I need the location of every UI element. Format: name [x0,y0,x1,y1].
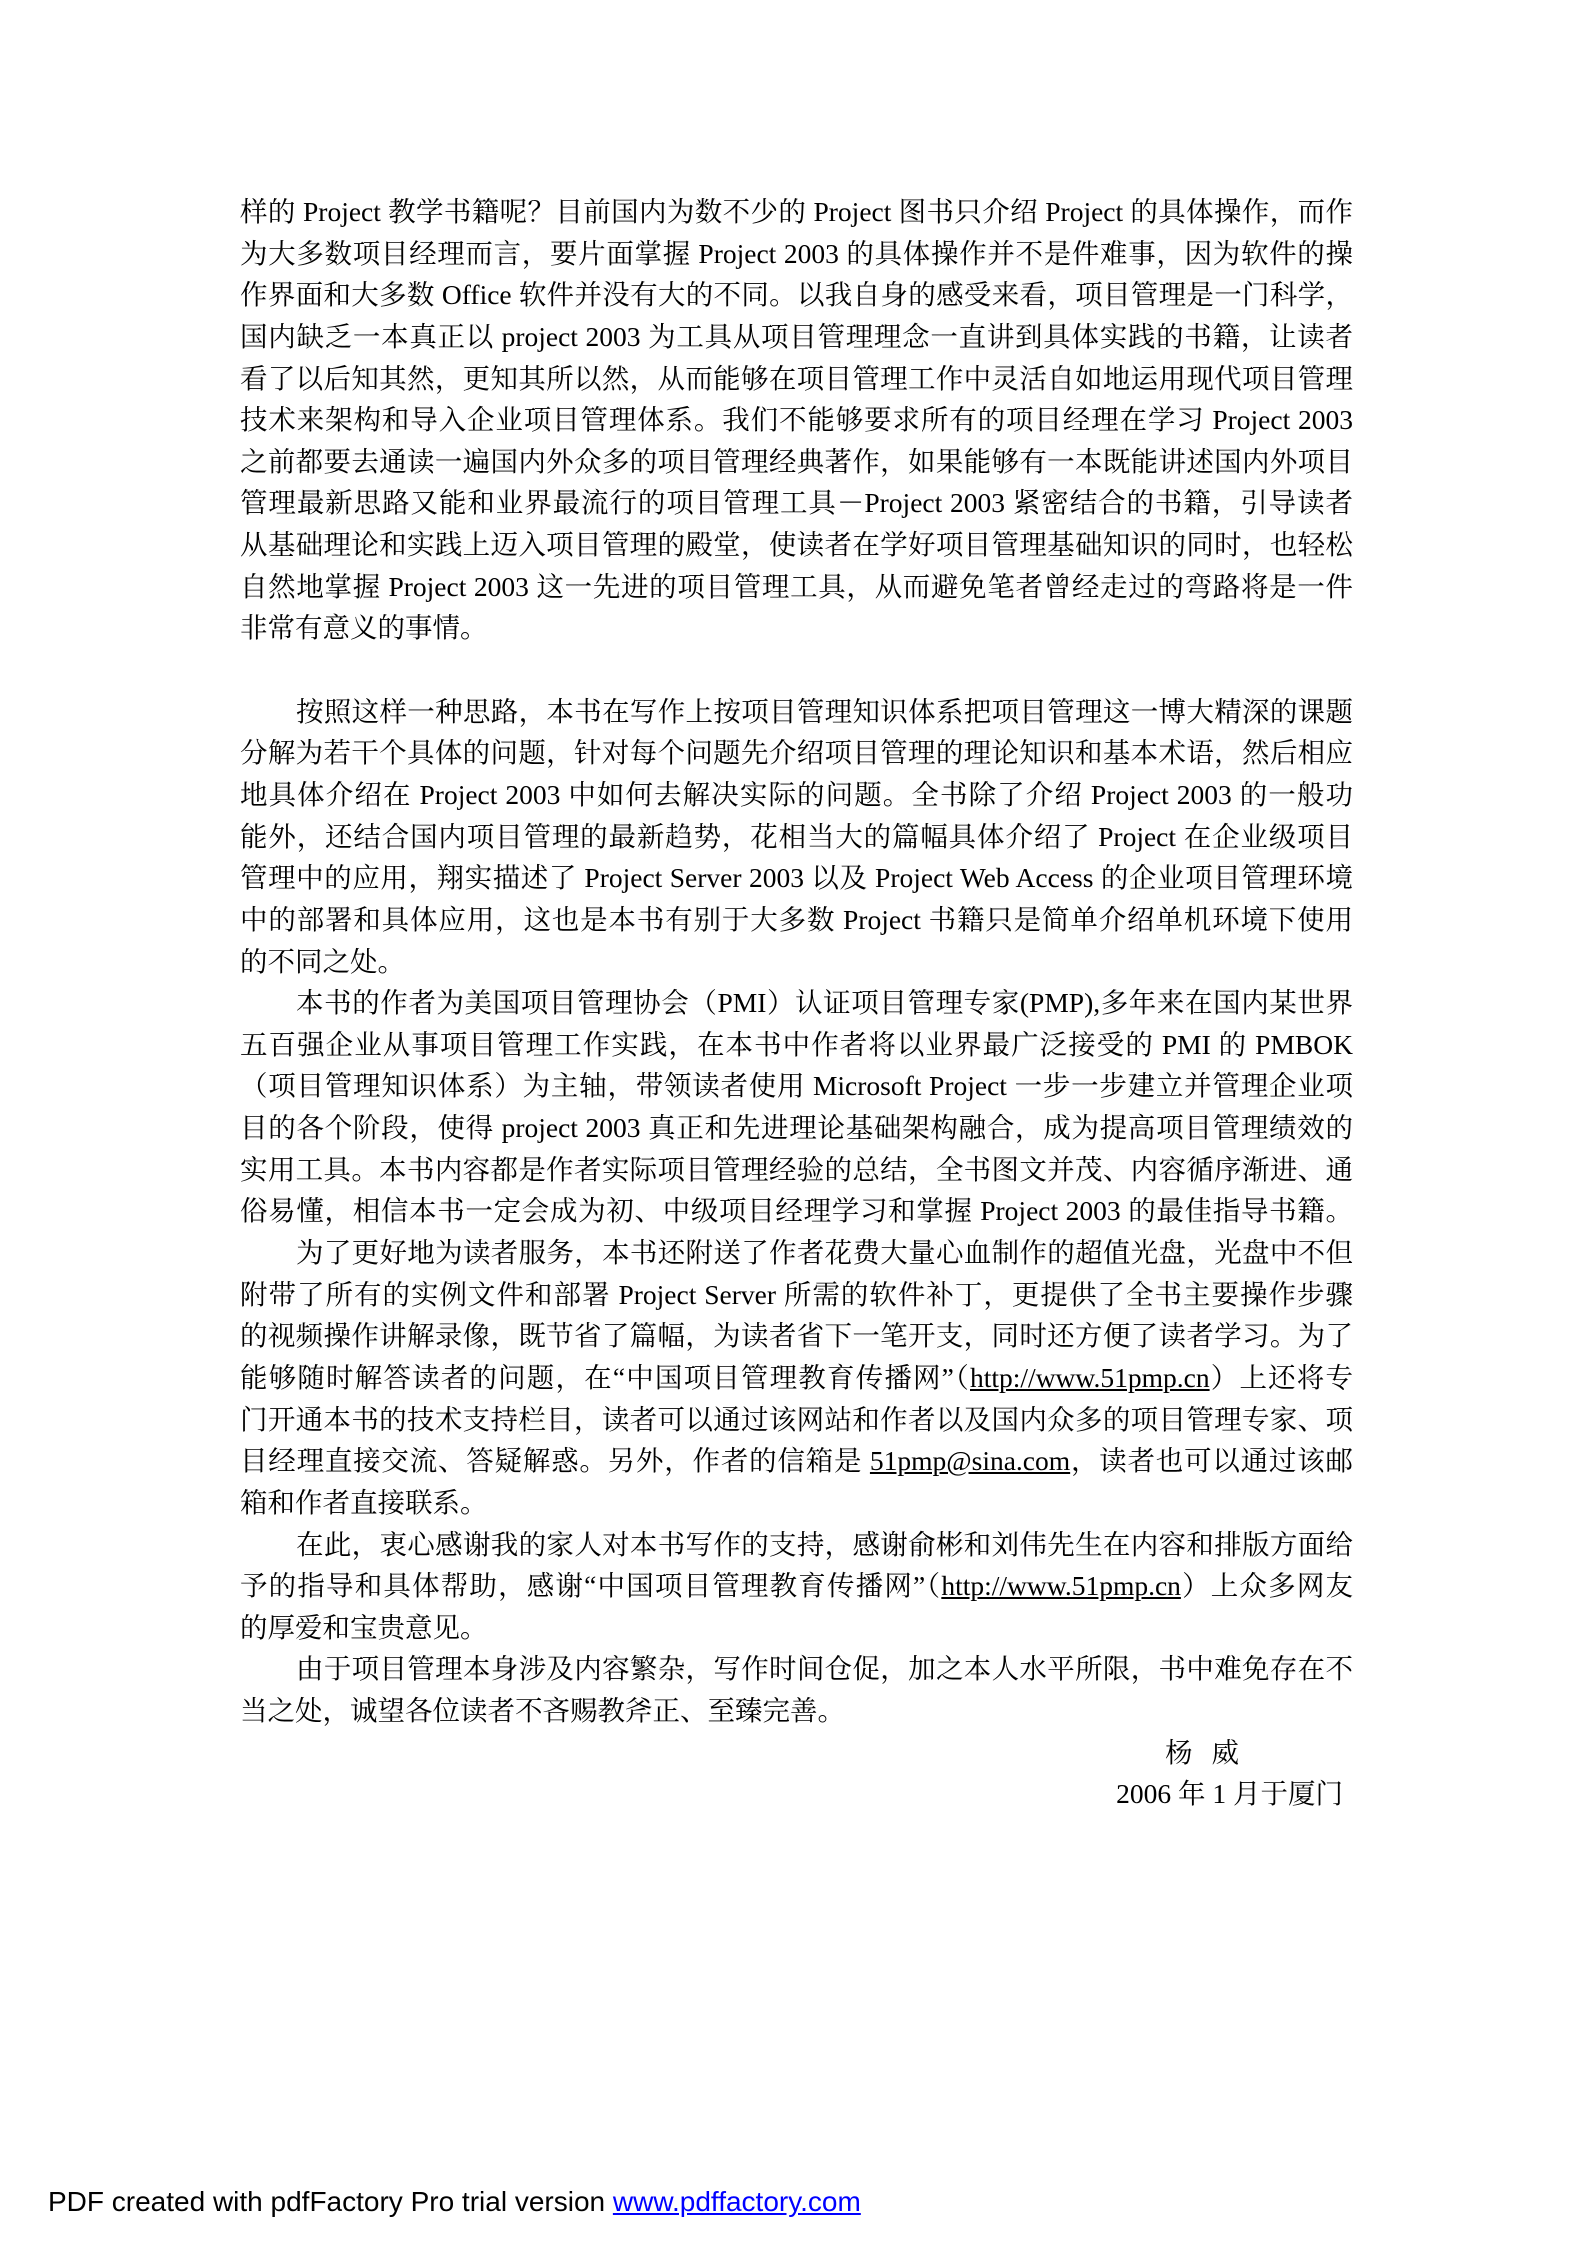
text-line: 能外，还结合国内项目管理的最新趋势，花相当大的篇幅具体介绍了 Project 在… [240,816,1353,858]
text-line: 实用工具。本书内容都是作者实际项目管理经验的总结，全书图文并茂、内容循序渐进、通 [240,1149,1353,1191]
footer-text: PDF created with pdfFactory Pro trial ve… [48,2186,613,2217]
text-line: 技术来架构和导入企业项目管理体系。我们不能够要求所有的项目经理在学习 Proje… [240,399,1353,441]
text-segment: 能够随时解答读者的问题，在“中国项目管理教育传播网”（ [240,1362,970,1393]
text-line: 分解为若干个具体的问题，针对每个问题先介绍项目管理的理论知识和基本术语，然后相应 [240,732,1353,774]
text-line: 从基础理论和实践上迈入项目管理的殿堂，使读者在学好项目管理基础知识的同时，也轻松 [240,524,1353,566]
text-line: 看了以后知其然，更知其所以然，从而能够在项目管理工作中灵活自如地运用现代项目管理 [240,358,1353,400]
text-line: 地具体介绍在 Project 2003 中如何去解决实际的问题。全书除了介绍 P… [240,774,1353,816]
text-line: 按照这样一种思路，本书在写作上按项目管理知识体系把项目管理这一博大精深的课题 [240,691,1353,733]
text-line: 目的各个阶段，使得 project 2003 真正和先进理论基础架构融合，成为提… [240,1107,1353,1149]
text-line: 作界面和大多数 Office 软件并没有大的不同。以我自身的感受来看，项目管理是… [240,274,1353,316]
text-segment: 目经理直接交流、答疑解惑。另外，作者的信箱是 [240,1445,870,1476]
text-line: 为了更好地为读者服务，本书还附送了作者花费大量心血制作的超值光盘，光盘中不但 [240,1232,1353,1274]
website-link[interactable]: http://www.51pmp.cn [970,1362,1210,1393]
text-line-with-link: 目经理直接交流、答疑解惑。另外，作者的信箱是 51pmp@sina.com，读者… [240,1440,1353,1482]
date-place: 2006 年 1 月于厦门 [240,1773,1353,1815]
text-line: （项目管理知识体系）为主轴，带领读者使用 Microsoft Project 一… [240,1065,1353,1107]
preface-body: 样的 Project 教学书籍呢？目前国内为数不少的 Project 图书只介绍… [240,191,1353,1815]
pdffactory-link[interactable]: www.pdffactory.com [613,2186,861,2217]
author-signature: 杨 威 [240,1732,1353,1774]
pdf-footer: PDF created with pdfFactory Pro trial ve… [48,2186,861,2218]
text-line: 五百强企业从事项目管理工作实践，在本书中作者将以业界最广泛接受的 PMI 的 P… [240,1024,1353,1066]
text-segment: ，读者也可以通过该邮 [1070,1445,1353,1476]
text-segment: 予的指导和具体帮助，感谢“中国项目管理教育传播网”（ [240,1570,941,1601]
text-line: 的厚爱和宝贵意见。 [240,1607,1353,1649]
text-line: 当之处，诚望各位读者不吝赐教斧正、至臻完善。 [240,1690,1353,1732]
text-line: 在此，衷心感谢我的家人对本书写作的支持，感谢俞彬和刘伟先生在内容和排版方面给 [240,1524,1353,1566]
text-line-with-link: 能够随时解答读者的问题，在“中国项目管理教育传播网”（http://www.51… [240,1357,1353,1399]
text-line: 俗易懂，相信本书一定会成为初、中级项目经理学习和掌握 Project 2003 … [240,1190,1353,1232]
text-line: 的视频操作讲解录像，既节省了篇幅，为读者省下一笔开支，同时还方便了读者学习。为了 [240,1315,1353,1357]
email-link[interactable]: 51pmp@sina.com [870,1445,1070,1476]
text-line: 本书的作者为美国项目管理协会（PMI）认证项目管理专家(PMP),多年来在国内某… [240,982,1353,1024]
text-line: 中的部署和具体应用，这也是本书有别于大多数 Project 书籍只是简单介绍单机… [240,899,1353,941]
text-line: 自然地掌握 Project 2003 这一先进的项目管理工具，从而避免笔者曾经走… [240,566,1353,608]
text-segment: ）上众多网友 [1181,1570,1353,1601]
text-line: 样的 Project 教学书籍呢？目前国内为数不少的 Project 图书只介绍… [240,191,1353,233]
blank-line [240,649,1353,691]
text-line: 附带了所有的实例文件和部署 Project Server 所需的软件补丁，更提供… [240,1274,1353,1316]
text-segment: ）上还将专 [1210,1362,1353,1393]
website-link[interactable]: http://www.51pmp.cn [941,1570,1181,1601]
text-line: 之前都要去通读一遍国内外众多的项目管理经典著作，如果能够有一本既能讲述国内外项目 [240,441,1353,483]
document-page: 样的 Project 教学书籍呢？目前国内为数不少的 Project 图书只介绍… [0,0,1585,2244]
text-line-with-link: 予的指导和具体帮助，感谢“中国项目管理教育传播网”（http://www.51p… [240,1565,1353,1607]
text-line: 由于项目管理本身涉及内容繁杂，写作时间仓促，加之本人水平所限，书中难免存在不 [240,1648,1353,1690]
text-line: 国内缺乏一本真正以 project 2003 为工具从项目管理理念一直讲到具体实… [240,316,1353,358]
text-line: 非常有意义的事情。 [240,607,1353,649]
text-line: 管理中的应用，翔实描述了 Project Server 2003 以及 Proj… [240,857,1353,899]
text-line: 管理最新思路又能和业界最流行的项目管理工具－Project 2003 紧密结合的… [240,482,1353,524]
text-line: 为大多数项目经理而言，要片面掌握 Project 2003 的具体操作并不是件难… [240,233,1353,275]
text-line: 箱和作者直接联系。 [240,1482,1353,1524]
text-line: 门开通本书的技术支持栏目，读者可以通过该网站和作者以及国内众多的项目管理专家、项 [240,1399,1353,1441]
text-line: 的不同之处。 [240,941,1353,983]
